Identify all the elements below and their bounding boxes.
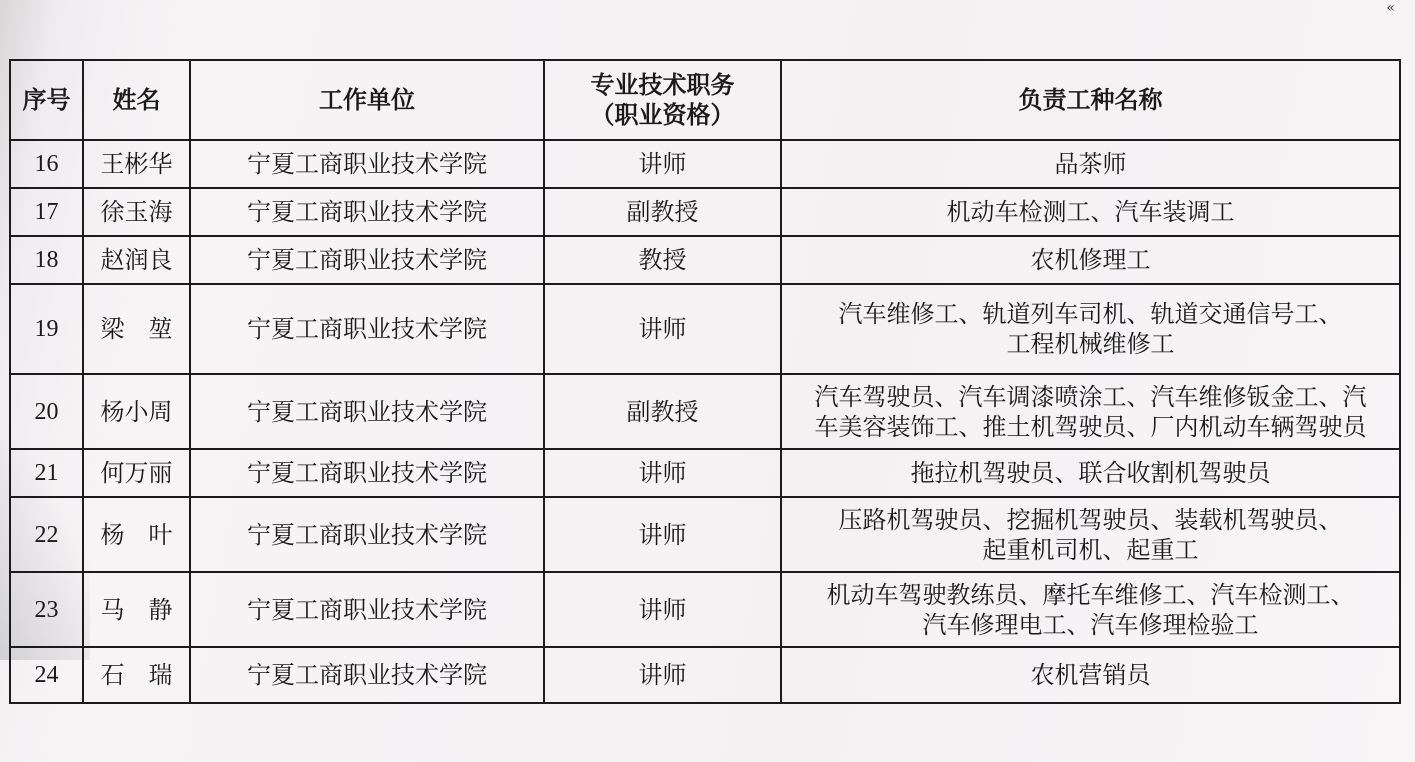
header-row: 序号 姓名 工作单位 专业技术职务 （职业资格） 负责工种名称 <box>10 60 1400 140</box>
roster-table: 序号 姓名 工作单位 专业技术职务 （职业资格） 负责工种名称 16 王彬华 宁… <box>9 59 1401 704</box>
table-row: 22 杨 叶 宁夏工商职业技术学院 讲师 压路机驾驶员、挖掘机驾驶员、装载机驾驶… <box>10 497 1400 572</box>
cell-trades: 农机修理工 <box>781 236 1400 284</box>
scanned-page: « 序号 姓名 工作单位 专业技术职务 （职业资格） 负责工种名称 16 王彬华… <box>0 0 1415 762</box>
cell-name: 马 静 <box>83 572 190 647</box>
cell-unit: 宁夏工商职业技术学院 <box>190 497 544 572</box>
trades-line2: 汽车修理电工、汽车修理检验工 <box>786 610 1395 640</box>
cell-seq: 24 <box>10 647 83 703</box>
trades-line1: 机动车驾驶教练员、摩托车维修工、汽车检测工、 <box>786 580 1395 610</box>
cell-seq: 17 <box>10 188 83 236</box>
cell-name: 杨 叶 <box>83 497 190 572</box>
cell-unit: 宁夏工商职业技术学院 <box>190 647 544 703</box>
table-row: 20 杨小周 宁夏工商职业技术学院 副教授 汽车驾驶员、汽车调漆喷涂工、汽车维修… <box>10 374 1400 449</box>
cell-title: 副教授 <box>544 188 781 236</box>
cell-title: 副教授 <box>544 374 781 449</box>
cell-title: 讲师 <box>544 647 781 703</box>
cell-name: 何万丽 <box>83 449 190 497</box>
cell-title: 教授 <box>544 236 781 284</box>
trades-line1: 汽车驾驶员、汽车调漆喷涂工、汽车维修钣金工、汽 <box>786 382 1395 412</box>
cell-title: 讲师 <box>544 497 781 572</box>
cell-name: 徐玉海 <box>83 188 190 236</box>
header-unit: 工作单位 <box>190 60 544 140</box>
trades-line1: 农机修理工 <box>786 245 1395 275</box>
cell-trades: 汽车驾驶员、汽车调漆喷涂工、汽车维修钣金工、汽 车美容装饰工、推土机驾驶员、厂内… <box>781 374 1400 449</box>
cell-seq: 20 <box>10 374 83 449</box>
cell-name: 王彬华 <box>83 140 190 188</box>
table-row: 21 何万丽 宁夏工商职业技术学院 讲师 拖拉机驾驶员、联合收割机驾驶员 <box>10 449 1400 497</box>
trades-line2: 起重机司机、起重工 <box>786 535 1395 565</box>
cell-unit: 宁夏工商职业技术学院 <box>190 284 544 374</box>
cell-seq: 21 <box>10 449 83 497</box>
trades-line2: 车美容装饰工、推土机驾驶员、厂内机动车辆驾驶员 <box>786 412 1395 442</box>
cell-seq: 19 <box>10 284 83 374</box>
trades-line1: 机动车检测工、汽车装调工 <box>786 197 1395 227</box>
cell-seq: 22 <box>10 497 83 572</box>
cell-unit: 宁夏工商职业技术学院 <box>190 140 544 188</box>
cell-trades: 机动车检测工、汽车装调工 <box>781 188 1400 236</box>
trades-line1: 品茶师 <box>786 149 1395 179</box>
cell-seq: 16 <box>10 140 83 188</box>
cell-name: 梁 堃 <box>83 284 190 374</box>
cell-seq: 18 <box>10 236 83 284</box>
table-row: 17 徐玉海 宁夏工商职业技术学院 副教授 机动车检测工、汽车装调工 <box>10 188 1400 236</box>
cell-name: 石 瑞 <box>83 647 190 703</box>
cell-name: 杨小周 <box>83 374 190 449</box>
cell-unit: 宁夏工商职业技术学院 <box>190 188 544 236</box>
cell-name: 赵润良 <box>83 236 190 284</box>
header-trades: 负责工种名称 <box>781 60 1400 140</box>
cell-trades: 机动车驾驶教练员、摩托车维修工、汽车检测工、 汽车修理电工、汽车修理检验工 <box>781 572 1400 647</box>
cell-unit: 宁夏工商职业技术学院 <box>190 374 544 449</box>
header-title-line2: （职业资格） <box>549 100 776 130</box>
table-row: 16 王彬华 宁夏工商职业技术学院 讲师 品茶师 <box>10 140 1400 188</box>
cell-trades: 农机营销员 <box>781 647 1400 703</box>
cell-unit: 宁夏工商职业技术学院 <box>190 449 544 497</box>
trades-line1: 拖拉机驾驶员、联合收割机驾驶员 <box>786 458 1395 488</box>
table-row: 18 赵润良 宁夏工商职业技术学院 教授 农机修理工 <box>10 236 1400 284</box>
cell-title: 讲师 <box>544 140 781 188</box>
table-row: 24 石 瑞 宁夏工商职业技术学院 讲师 农机营销员 <box>10 647 1400 703</box>
cell-title: 讲师 <box>544 572 781 647</box>
cell-unit: 宁夏工商职业技术学院 <box>190 572 544 647</box>
cell-title: 讲师 <box>544 284 781 374</box>
cell-trades: 拖拉机驾驶员、联合收割机驾驶员 <box>781 449 1400 497</box>
trades-line1: 汽车维修工、轨道列车司机、轨道交通信号工、 <box>786 299 1395 329</box>
cell-title: 讲师 <box>544 449 781 497</box>
header-title: 专业技术职务 （职业资格） <box>544 60 781 140</box>
corner-mark: « <box>1386 0 1395 16</box>
cell-trades: 汽车维修工、轨道列车司机、轨道交通信号工、 工程机械维修工 <box>781 284 1400 374</box>
cell-seq: 23 <box>10 572 83 647</box>
header-seq: 序号 <box>10 60 83 140</box>
trades-line2: 工程机械维修工 <box>786 329 1395 359</box>
header-name: 姓名 <box>83 60 190 140</box>
cell-trades: 压路机驾驶员、挖掘机驾驶员、装载机驾驶员、 起重机司机、起重工 <box>781 497 1400 572</box>
trades-line1: 压路机驾驶员、挖掘机驾驶员、装载机驾驶员、 <box>786 505 1395 535</box>
cell-unit: 宁夏工商职业技术学院 <box>190 236 544 284</box>
cell-trades: 品茶师 <box>781 140 1400 188</box>
table-row: 23 马 静 宁夏工商职业技术学院 讲师 机动车驾驶教练员、摩托车维修工、汽车检… <box>10 572 1400 647</box>
header-title-line1: 专业技术职务 <box>549 70 776 100</box>
table-row: 19 梁 堃 宁夏工商职业技术学院 讲师 汽车维修工、轨道列车司机、轨道交通信号… <box>10 284 1400 374</box>
trades-line1: 农机营销员 <box>786 660 1395 690</box>
